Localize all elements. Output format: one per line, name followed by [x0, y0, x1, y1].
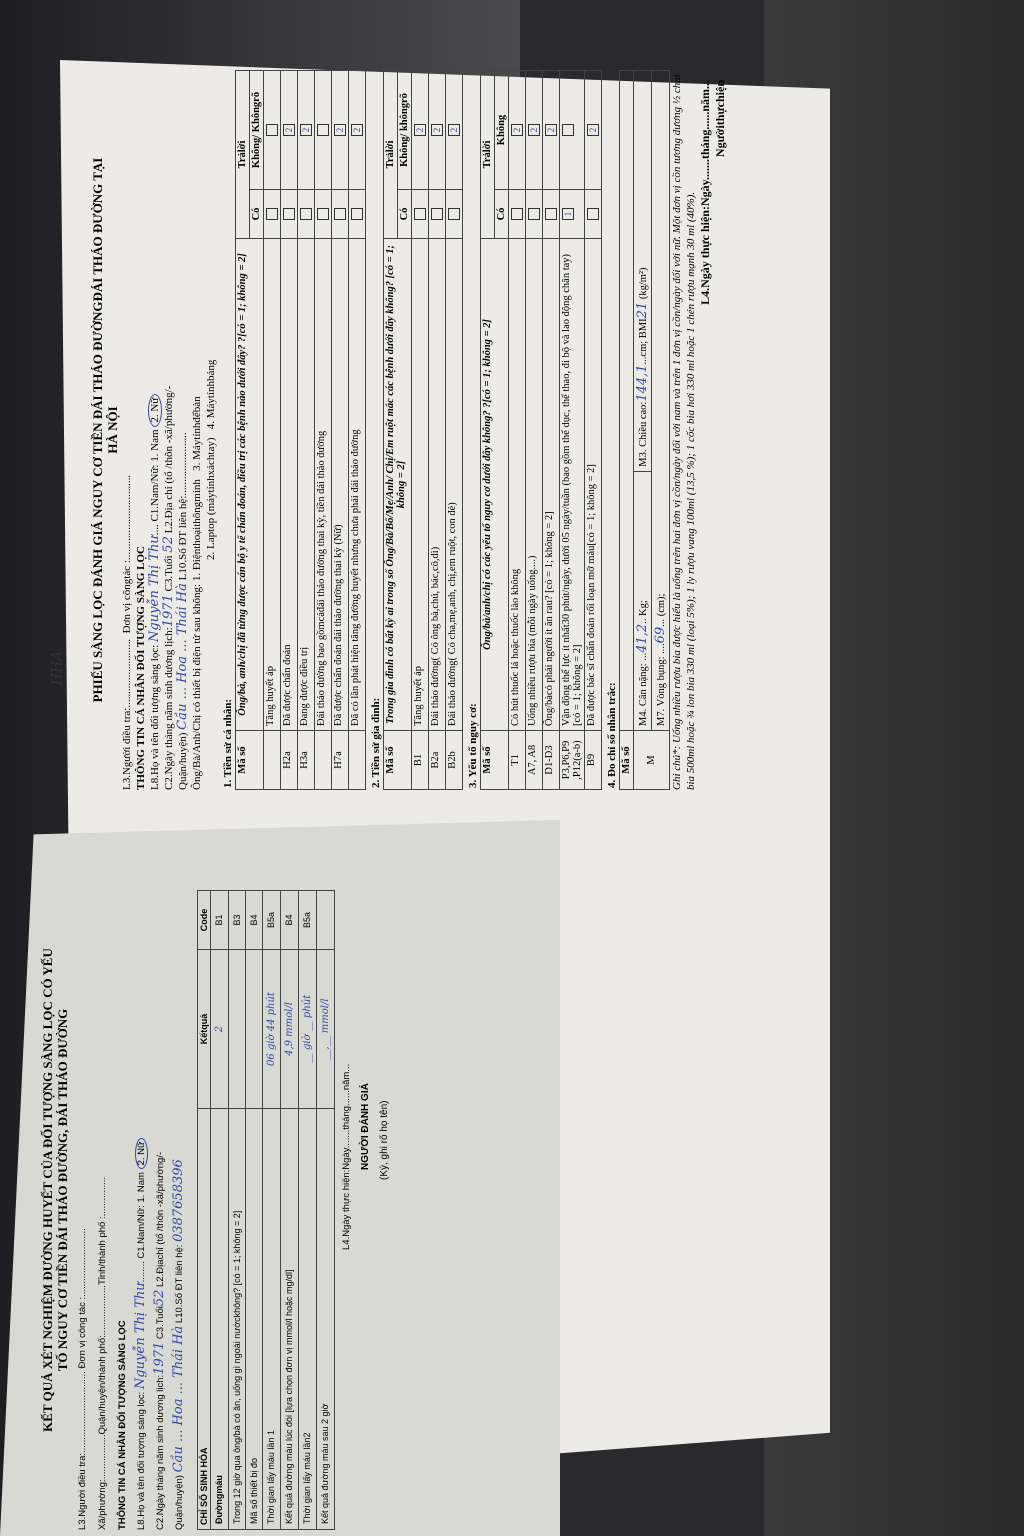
weight-value[interactable]: 41,2: [635, 624, 650, 653]
checkbox-no[interactable]: 2: [431, 124, 443, 136]
col-code: Mã số: [620, 731, 634, 790]
table-row: B9 Đã được bác sĩ chẩn đoán rối loạn mỡ …: [585, 71, 602, 790]
signer-label: Ngườithựchiện: [713, 80, 728, 790]
table-row: Đườngmáu 2 B1: [211, 891, 229, 1530]
ward-field[interactable]: Xã/phường:.................Quận/huyện/th…: [96, 850, 110, 1530]
date-field[interactable]: L4.Ngày thực hiện:Ngày.......tháng......…: [698, 80, 713, 790]
checkbox-yes[interactable]: [351, 208, 363, 220]
name-value[interactable]: Nguyễn Thị Thư: [147, 535, 162, 642]
checkbox-no[interactable]: 2: [414, 124, 426, 136]
section-anthropometry: 4. Đo chỉ số nhân trắc:: [606, 70, 618, 788]
table-row: A7, A8 Uống nhiều rượu bia (mỗi ngày uốn…: [526, 71, 543, 790]
row-question: Tăng huyết áp: [264, 239, 281, 731]
blood-test-form: KẾT QUẢ XÉT NGHIỆM ĐƯỜNG HUYẾT CỦA ĐỐI T…: [40, 850, 390, 1530]
row-question: Có hút thuốc lá hoặc thuốc lào không: [509, 239, 526, 731]
address-label: L2.Địachỉ (tổ /thôn -xã/phường/-: [155, 1152, 166, 1287]
checkbox-yes[interactable]: [317, 208, 329, 220]
alcohol-note: Ghi chú*: Uống nhiều rượu bia được hiểu …: [670, 70, 698, 790]
waist-value[interactable]: 69: [653, 627, 668, 644]
name-label: L8.Họ và tên đối tượng sàng lọc:: [149, 645, 161, 790]
table-row: H2a Đã được chẩn đoán 2: [281, 71, 298, 790]
checkbox-no[interactable]: [562, 124, 574, 136]
form-title-2: TỐ NGUY CƠ TIỀN ĐÁI THÁO ĐƯỜNG, ĐÁI THÁO…: [55, 850, 70, 1530]
col-code: Mã số: [384, 731, 412, 790]
table-row: Kết quả đường máu lúc đói [lựa chọn đơn …: [281, 891, 299, 1530]
device-option[interactable]: 1. Điệnthoạithôngminh: [191, 479, 203, 581]
corner-handwritten-mark: HHA: [49, 651, 65, 686]
investigator-field[interactable]: L3.Người điều tra:......................…: [121, 639, 133, 790]
weight-unit: Kg;: [638, 600, 649, 616]
investigator-field[interactable]: L3.Người điều tra:......................…: [77, 1371, 88, 1530]
table-row: H7a Đã được chẩn đoán đái thảo đường tha…: [332, 71, 349, 790]
row-code: B2b: [446, 731, 463, 790]
row-code: B5a: [263, 891, 281, 950]
age-label: C3.Tuổi: [155, 1306, 166, 1339]
row-label: Trong 12 giờ qua ông/bà có ăn, uống gì n…: [229, 1109, 246, 1530]
row-code: B4: [281, 891, 299, 950]
section-risk-factors: 3. Yếu tố nguy cơ:: [467, 70, 479, 788]
row-question: Uống nhiều rượu bia (mỗi ngày uống....): [526, 239, 543, 731]
col-no: Không/ khôngrõ: [398, 71, 412, 190]
phone-label: L10.Số ĐT liên hệ:: [174, 1245, 185, 1324]
workplace-field[interactable]: Đơn vị công tác :.......................…: [77, 1228, 88, 1368]
weight-label: M4. Cân nặng:: [638, 663, 649, 726]
form-title: PHIẾU SÀNG LỌC ĐÁNH GIÁ NGUY CƠ TIỀN ĐÁI…: [90, 70, 105, 790]
height-value[interactable]: 144,1: [635, 364, 650, 401]
checkbox-no[interactable]: 2: [448, 124, 460, 136]
row-code: [315, 731, 332, 790]
row-question: Đã có lần phát hiện tăng đường huyết như…: [349, 239, 366, 731]
checkbox-no[interactable]: 2: [283, 124, 295, 136]
checkbox-no[interactable]: 2: [587, 124, 599, 136]
row-result[interactable]: __,__ mmol/l: [317, 950, 335, 1109]
district-label: Quận/huyện): [177, 733, 189, 790]
age-value[interactable]: 52: [152, 1290, 167, 1307]
col-yes: Có: [398, 190, 412, 239]
district-value[interactable]: Cầu ... Hoa ... Thái Hà: [171, 1326, 186, 1473]
form-title: KẾT QUẢ XÉT NGHIỆM ĐƯỜNG HUYẾT CỦA ĐỐI T…: [40, 850, 55, 1530]
row-code: A7, A8: [526, 731, 543, 790]
dob-value[interactable]: 1971: [152, 1342, 167, 1375]
row-code: [349, 731, 366, 790]
row-question: Đang được điều trị: [298, 239, 315, 731]
height-label: M3. Chiều cao:: [638, 402, 649, 467]
form-subtitle: HÀ NỘI: [105, 70, 120, 790]
row-result[interactable]: __ giờ __ phút: [299, 950, 317, 1109]
checkbox-no[interactable]: 2: [351, 124, 363, 136]
section-family-history: 2. Tiền sử gia đình:: [370, 70, 382, 788]
col-question: Ông/bà, anh/chị đã từng được cán bộ y tế…: [236, 239, 264, 731]
row-code: [264, 731, 281, 790]
checkbox-yes[interactable]: [587, 208, 599, 220]
row-code: [317, 891, 335, 950]
signer-note: (Ký, ghi rõ họ tên): [379, 850, 390, 1180]
district-label: Quận/huyện): [174, 1475, 185, 1530]
table-row: Đã có lần phát hiện tăng đường huyết như…: [349, 71, 366, 790]
col-answer: Trảlời: [384, 71, 398, 239]
col-no: Không: [495, 71, 509, 190]
biochem-table: CHỈ SỐ SINH HÓAKếtquảCode Đườngmáu 2 B1T…: [197, 890, 335, 1530]
section-personal-history: 1. Tiền sử cá nhân:: [222, 70, 234, 788]
dob-label: C2.Ngày tháng năm sinh dương lịch:: [155, 1375, 166, 1530]
col-code: Mã số: [481, 731, 509, 790]
table-row: Thời gian lấy máu lần 1 06 giờ 44 phút B…: [263, 891, 281, 1530]
col-question: Trong gia đình có bất kỳ ai trong số Ông…: [384, 239, 412, 731]
row-question: Đã được chẩn đoán đái thảo đường thai kỳ…: [332, 239, 349, 731]
row-code: B9: [585, 731, 602, 790]
row-question: Vận động thể lực ít nhất30 phút/ngày, dư…: [560, 239, 585, 731]
col-indicator: CHỈ SỐ SINH HÓA: [198, 1109, 211, 1530]
row-result[interactable]: 4,9 mmol/l: [281, 950, 299, 1109]
table-row: D1-D3 Ông/bàcó phải người ít ăn rau? [có…: [543, 71, 560, 790]
row-code: H7a: [332, 731, 349, 790]
personal-history-table: Mã sốÔng/bà, anh/chị đã từng được cán bộ…: [235, 70, 366, 790]
checkbox-no[interactable]: [317, 124, 329, 136]
checkbox-yes[interactable]: [266, 208, 278, 220]
waist-unit: (cm);: [656, 594, 667, 617]
row-code: H2a: [281, 731, 298, 790]
row-question: Đã được bác sĩ chẩn đoán rối loạn mỡ máu…: [585, 239, 602, 731]
name-label: L8.Họ và tên đối tượng sàng lọc:: [136, 1392, 147, 1530]
col-question: Ông/bà/anh/chị có các yếu tố nguy cơ dướ…: [481, 239, 509, 731]
row-result[interactable]: [246, 950, 263, 1109]
bmi-value[interactable]: 21: [635, 302, 650, 319]
checkbox-yes[interactable]: [334, 208, 346, 220]
table-row: Đái thảo đường bao gồmcảđái thảo đường t…: [315, 71, 332, 790]
checkbox-yes[interactable]: [300, 208, 312, 220]
row-label: Mã số thiết bị đo: [246, 1109, 263, 1530]
waist-label: M7. Vòng bụng:: [656, 656, 667, 726]
workplace-field[interactable]: Đơn vị côngtác :........................…: [121, 475, 133, 634]
signer-label: NGƯỜI ĐÁNH GIÁ: [360, 850, 371, 1170]
row-label: Thời gian lấy máu lần2: [299, 1109, 317, 1530]
row-label: Kết quả đường máu sau 2 giờ: [317, 1109, 335, 1530]
table-row: Tăng huyết áp: [264, 71, 281, 790]
checkbox-yes[interactable]: [511, 208, 523, 220]
row-label: Thời gian lấy máu lần 1: [263, 1109, 281, 1530]
row-code: B3: [229, 891, 246, 950]
gender-label: C1.Nam/Nữ: 1. Nam: [149, 429, 161, 521]
row-label: Đườngmáu: [211, 1109, 229, 1530]
table-row: Trong 12 giờ qua ông/bà có ăn, uống gì n…: [229, 891, 246, 1530]
table-row: Mã số thiết bị đo B4: [246, 891, 263, 1530]
bmi-label: BMI: [638, 318, 649, 338]
date-field[interactable]: L4.Ngày thực hiện:Ngày.......tháng......…: [341, 850, 352, 1250]
col-answer: Trảlời: [481, 71, 495, 239]
row-question: Đái thảo đường bao gồmcảđái thảo đường t…: [315, 239, 332, 731]
checkbox-yes[interactable]: [448, 208, 460, 220]
row-code: P3,P6,P9 ,P12(a-b): [560, 731, 585, 790]
checkbox-yes[interactable]: [414, 208, 426, 220]
age-label: C3.Tuổi: [163, 555, 175, 591]
table-row: P3,P6,P9 ,P12(a-b) Vận động thể lực ít n…: [560, 71, 585, 790]
device-option[interactable]: 3. Máytínhđểbàn: [191, 396, 203, 471]
row-question: Tăng huyết áp: [412, 239, 429, 731]
col-answer: Trảlời: [236, 71, 250, 239]
table-row: T1 Có hút thuốc lá hoặc thuốc lào không …: [509, 71, 526, 790]
personal-info-heading: THÔNG TIN CÁ NHÂN ĐỐI TƯỢNG SÀNG LỌC: [116, 850, 130, 1530]
family-history-table: Mã sốTrong gia đình có bất kỳ ai trong s…: [383, 70, 463, 790]
table-row: B1 Tăng huyết áp 2: [412, 71, 429, 790]
checkbox-no[interactable]: 2: [528, 124, 540, 136]
address-label: L2.Địa chỉ (tổ /thôn -xã/phường/-: [163, 386, 175, 534]
row-code: B5a: [299, 891, 317, 950]
checkbox-yes[interactable]: 1: [562, 208, 574, 220]
table-row: B2a Đái thảo đường( Có ông bà,chú, bác,c…: [429, 71, 446, 790]
col-code: Code: [198, 891, 211, 950]
row-question: Đã được chẩn đoán: [281, 239, 298, 731]
dob-label: C2.Ngày tháng năm sinh dương lịch:: [163, 627, 175, 790]
district-value[interactable]: Cầu ... Hoa ... Thái Hà: [175, 583, 190, 730]
name-value[interactable]: Nguyễn Thị Thư: [133, 1282, 148, 1389]
height-unit: cm;: [638, 341, 649, 357]
col-yes: Có: [250, 190, 264, 239]
col-yes: Có: [495, 190, 509, 239]
row-code: B2a: [429, 731, 446, 790]
phone-field[interactable]: L10.Số ĐT liên hệ:......................…: [177, 432, 189, 580]
col-no: Không/ Khôngrõ: [250, 71, 264, 190]
gender-selected[interactable]: 2. Nữ: [135, 1138, 148, 1170]
checkbox-no[interactable]: [266, 124, 278, 136]
row-result[interactable]: [229, 950, 246, 1109]
row-question: Đái thảo đường( Có ông bà,chú, bác,cô,dì…: [429, 239, 446, 731]
table-row: H3a Đang được điều trị 2: [298, 71, 315, 790]
checkbox-no[interactable]: 2: [300, 124, 312, 136]
checkbox-no[interactable]: 2: [334, 124, 346, 136]
device-question: Ông/Bà/Anh/Chị có thiết bị điện tử sau k…: [191, 584, 203, 790]
anthro-code: M: [634, 731, 670, 790]
row-result[interactable]: 06 giờ 44 phút: [263, 950, 281, 1109]
gender-selected[interactable]: 2. Nữ: [148, 394, 162, 427]
age-value[interactable]: 52: [161, 536, 176, 553]
table-row: Thời gian lấy máu lần2 __ giờ __ phút B5…: [299, 891, 317, 1530]
row-question: Đái thảo đường( Có cha,mẹ,anh, chị,em ru…: [446, 239, 463, 731]
screening-form: PHIẾU SÀNG LỌC ĐÁNH GIÁ NGUY CƠ TIỀN ĐÁI…: [90, 70, 728, 790]
table-row: B2b Đái thảo đường( Có cha,mẹ,anh, chị,e…: [446, 71, 463, 790]
row-code: B1: [412, 731, 429, 790]
checkbox-no[interactable]: 2: [511, 124, 523, 136]
checkbox-no[interactable]: 2: [545, 124, 557, 136]
row-code: D1-D3: [543, 731, 560, 790]
dob-value[interactable]: 1971: [161, 594, 176, 627]
anthropometry-table: Mã số M M4. Cân nặng: ...41,2.. Kg; M3. …: [619, 70, 670, 790]
gender-label: C1.Nam/Nữ: 1. Nam: [136, 1172, 147, 1259]
row-code: B4: [246, 891, 263, 950]
col-code: Mã số: [236, 731, 264, 790]
row-code: T1: [509, 731, 526, 790]
row-code: B1: [211, 891, 229, 950]
row-code: H3a: [298, 731, 315, 790]
col-result: Kếtquả: [198, 950, 211, 1109]
risk-factors-table: Mã sốÔng/bà/anh/chị có các yếu tố nguy c…: [480, 70, 602, 790]
device-option[interactable]: 2. Laptop (máytínhxáchtay): [205, 438, 217, 561]
table-row: Kết quả đường máu sau 2 giờ __,__ mmol/l: [317, 891, 335, 1530]
row-result[interactable]: 2: [211, 950, 229, 1109]
bmi-unit: (kg/m²): [638, 267, 649, 299]
row-label: Kết quả đường máu lúc đói [lựa chọn đơn …: [281, 1109, 299, 1530]
phone-value[interactable]: 0387658396: [171, 1159, 186, 1242]
device-option[interactable]: 4. Máytínhbảng: [205, 360, 217, 430]
checkbox-yes[interactable]: [528, 208, 540, 220]
checkbox-yes[interactable]: [545, 208, 557, 220]
checkbox-yes[interactable]: [431, 208, 443, 220]
checkbox-yes[interactable]: [283, 208, 295, 220]
personal-info-heading: THÔNG TIN CÁ NHÂN ĐỐI TƯỢNG SÀNG LỌC: [134, 70, 148, 790]
row-question: Ông/bàcó phải người ít ăn rau? [có = 1; …: [543, 239, 560, 731]
